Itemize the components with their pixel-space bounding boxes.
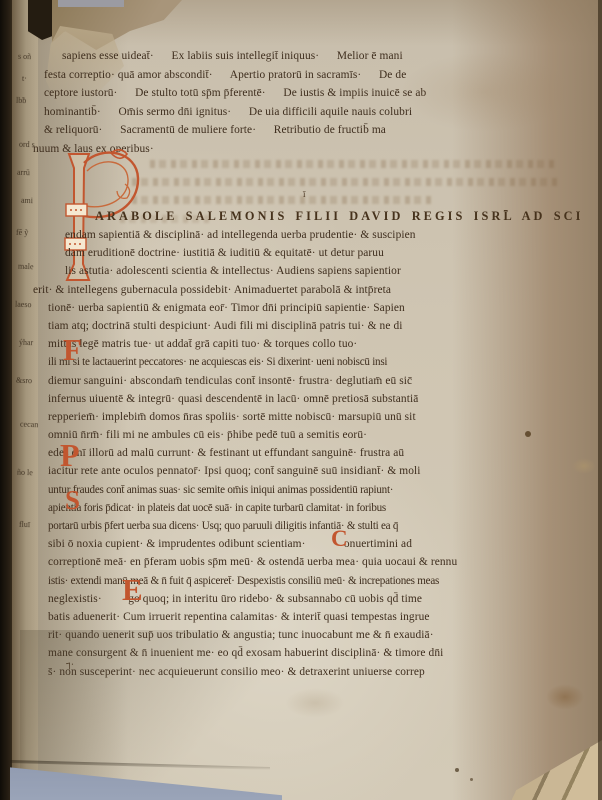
stain (470, 778, 473, 781)
edge-text-fragment: ño le (17, 468, 33, 478)
text-line: diemur sanguini· abscondam̄ tendiculas c… (48, 372, 560, 390)
edge-text-fragment: laeso (15, 300, 32, 310)
edge-text-fragment: male (18, 262, 34, 272)
text-line: edes enī illorū ad malū currunt· & festi… (48, 444, 560, 462)
text-line: batis aduenerit· Cum irruerit repentina … (48, 608, 560, 626)
stain (285, 688, 345, 718)
text-line: dam eruditionē doctrine· iustitiā & iudi… (48, 244, 560, 262)
text-line: repperiem̄· implebim̄ domos n̄ras spolii… (48, 408, 560, 426)
edge-text-fragment: fluī (19, 520, 30, 529)
manuscript-photo: s oñ t· lbḃ ord s arrū ami fē ỹ male lae… (0, 0, 602, 800)
capitula-line: & reliquorū· Sacramentū de muliere forte… (44, 121, 426, 140)
edge-text-fragment: arrū (17, 168, 30, 177)
edge-text-fragment: lbḃ (16, 96, 27, 105)
text-line: endam sapientiā & disciplinā· ad intelle… (48, 226, 560, 244)
edge-text-fragment: t· (22, 74, 27, 83)
text-line: portarū urbis p̄fert uerba sua dicens· U… (48, 517, 560, 535)
rubric-initial-F: F (63, 334, 82, 365)
text-line: correptionē meā· en p̄feram uobis sp̄m m… (48, 553, 560, 571)
stain (455, 768, 459, 772)
stain (525, 431, 531, 437)
rubric-initial-C: C (331, 527, 348, 550)
capitula-line: hominantib̄· Om̄is sermo dn̄i ignitus· D… (44, 103, 426, 122)
edge-text-fragment: fē ỹ (16, 228, 29, 237)
text-line: apientia foris p̄dicat· in plateis dat u… (48, 499, 560, 517)
text-line: erit· & intellegens gubernacula possideb… (33, 281, 560, 299)
edge-text-fragment: &sro (16, 376, 32, 386)
text-line: tionē· uerba sapientiū & enigmata eor̄· … (48, 299, 560, 317)
edge-text-fragment: s oñ (18, 52, 31, 61)
stain (400, 52, 570, 132)
capitula-line: ceptore iustorū· De stulto totū sp̄m p̄f… (44, 84, 426, 103)
main-text-block: ARABOLE SALEMONIS FILII DAVID REGIS ISRL… (48, 206, 560, 681)
text-line: tiam atq; doctrinā stulti despiciunt· Au… (48, 317, 560, 335)
text-line: ili mi si te lactauerint peccatores· ne … (48, 353, 560, 371)
text-line: iacitur rete ante oculos pennator̄· Ipsi… (48, 462, 560, 480)
incipit-capitals-line: ARABOLE SALEMONIS FILII DAVID REGIS ISRL… (48, 206, 560, 226)
top-edge-sliver (58, 0, 124, 7)
text-line: infernus uiuentē & integrū· quasi descen… (48, 390, 560, 408)
edge-text-fragment: ami (21, 196, 33, 205)
text-line: untur fraudes cont̄ animas suas· sic sem… (48, 481, 560, 499)
edge-text-fragment: ýhar (19, 338, 34, 347)
capitula-line: festa correptio· quā amor abscondit̄· Ap… (44, 66, 426, 85)
text-line: sibi ō noxia cupient· & imprudentes odib… (48, 535, 560, 553)
rubric-initial-E: E (122, 574, 143, 605)
tiny-chapter-numeral: ī (303, 189, 306, 199)
text-line: mittas legē matris tue· ut addat̄ grā ca… (48, 335, 560, 353)
text-line: omniū n̄rm̄· fili mi ne ambules cū eis· … (48, 426, 560, 444)
capitula-list: sapiens esse uideat̄· Ex labiis suis int… (44, 47, 426, 159)
verso-showthrough-line (132, 178, 558, 186)
rubric-initial-S: S (65, 487, 80, 514)
stain (572, 458, 596, 474)
capitula-line: sapiens esse uideat̄· Ex labiis suis int… (44, 47, 426, 66)
stain (546, 684, 584, 710)
text-line: lis astutia· adolescenti scientia & inte… (48, 262, 560, 280)
rubric-initial-P: P (60, 439, 80, 471)
verso-showthrough-line (132, 196, 432, 204)
verso-showthrough-line (150, 160, 558, 168)
photo-right-edge (598, 0, 602, 800)
